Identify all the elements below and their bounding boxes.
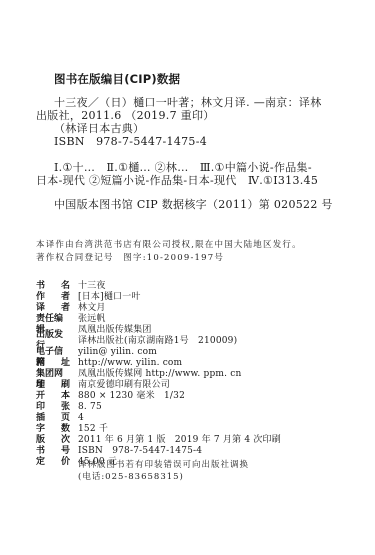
website-link: http://www. yilin. com bbox=[78, 358, 182, 369]
info-value: 8. 75 bbox=[78, 402, 102, 413]
info-row-word-count: 字数 152 千 bbox=[36, 424, 336, 435]
info-row-plates: 插页 4 bbox=[36, 413, 336, 424]
misprint-notice: 译林版图书若有印装错误可向出版社调换 bbox=[78, 458, 249, 470]
publisher-address: 译林出版社(南京湖南路1号 210009) bbox=[78, 336, 237, 347]
info-value: 张远帆 bbox=[78, 314, 106, 325]
info-value: 十三夜 bbox=[78, 281, 106, 292]
publisher-group: 凤凰出版传媒集团 bbox=[78, 325, 237, 336]
publication-info-table: 书名 十三夜 作者 [日本]樋口一叶 译者 林文月 责任编辑 张远帆 出版发行 … bbox=[36, 281, 336, 468]
info-value: 4 bbox=[78, 413, 84, 424]
cip-classification-line: Ⅰ.①十… Ⅱ.①樋… ②林… Ⅲ.①中篇小说-作品集- bbox=[54, 162, 312, 174]
info-row-isbn: 书号 ISBN 978-7-5447-1475-4 bbox=[36, 446, 336, 457]
info-row-title: 书名 十三夜 bbox=[36, 281, 336, 292]
info-row-author: 作者 [日本]樋口一叶 bbox=[36, 292, 336, 303]
group-website-link: 凤凰出版传媒网 http://www. ppm. cn bbox=[78, 369, 242, 380]
info-row-email: 电子信箱 yilin@ yilin. com bbox=[36, 347, 336, 358]
info-row-translator: 译者 林文月 bbox=[36, 303, 336, 314]
info-row-group-website: 集团网址 凤凰出版传媒网 http://www. ppm. cn bbox=[36, 369, 336, 380]
cip-number: 中国版本图书馆 CIP 数据核字（2011）第 020522 号 bbox=[54, 199, 333, 211]
cip-classification-line: 日本-现代 ②短篇小说-作品集-日本-现代 Ⅳ.①I313.45 bbox=[36, 175, 318, 187]
info-row-format: 开本 880 × 1230 毫米 1/32 bbox=[36, 391, 336, 402]
email-link: yilin@ yilin. com bbox=[78, 347, 157, 358]
info-label: 书名 bbox=[36, 281, 70, 292]
cip-entry-line: （林译日本古典） bbox=[54, 123, 144, 135]
cip-entry-line: 十三夜／（日）樋口一叶著；林文月译. —南京：译林 bbox=[54, 97, 322, 109]
info-value: [日本]樋口一叶 bbox=[78, 292, 141, 303]
info-label: 定价 bbox=[36, 457, 70, 468]
info-value: 2011 年 6 月第 1 版 2019 年 7 月第 4 次印刷 bbox=[78, 435, 281, 446]
info-label: 开本 bbox=[36, 391, 70, 402]
copyright-registration: 著作权合同登记号 图字:10-2009-197号 bbox=[36, 253, 224, 263]
info-label: 书号 bbox=[36, 446, 70, 457]
info-value: 林文月 bbox=[78, 303, 106, 314]
info-label: 译者 bbox=[36, 303, 70, 314]
misprint-phone: (电话:025-83658315) bbox=[78, 470, 184, 482]
info-value: 南京爱德印刷有限公司 bbox=[78, 380, 170, 391]
cip-heading: 图书在版编目(CIP)数据 bbox=[54, 71, 180, 87]
info-row-edition: 版次 2011 年 6 月第 1 版 2019 年 7 月第 4 次印刷 bbox=[36, 435, 336, 446]
info-row-sheets: 印张 8. 75 bbox=[36, 402, 336, 413]
info-label: 印刷 bbox=[36, 380, 70, 391]
info-row-website: 网址 http://www. yilin. com bbox=[36, 358, 336, 369]
cip-isbn-line: ISBN 978-7-5447-1475-4 bbox=[54, 136, 207, 148]
info-label: 网址 bbox=[36, 358, 70, 369]
info-label: 印张 bbox=[36, 402, 70, 413]
info-value: 凤凰出版传媒集团 译林出版社(南京湖南路1号 210009) bbox=[78, 325, 237, 347]
info-row-publisher: 出版发行 凤凰出版传媒集团 译林出版社(南京湖南路1号 210009) bbox=[36, 325, 336, 347]
info-row-editor: 责任编辑 张远帆 bbox=[36, 314, 336, 325]
info-row-printer: 印刷 南京爱德印刷有限公司 bbox=[36, 380, 336, 391]
info-value: ISBN 978-7-5447-1475-4 bbox=[78, 446, 202, 457]
info-label: 字数 bbox=[36, 424, 70, 435]
info-label: 版次 bbox=[36, 435, 70, 446]
info-label: 插页 bbox=[36, 413, 70, 424]
copyright-authorization: 本译作由台湾洪范书店有限公司授权,限在中国大陆地区发行。 bbox=[36, 240, 302, 250]
cip-entry-line: 出版社，2011.6 （2019.7 重印） bbox=[36, 110, 215, 122]
info-value: 880 × 1230 毫米 1/32 bbox=[78, 391, 185, 402]
info-label: 作者 bbox=[36, 292, 70, 303]
info-value: 152 千 bbox=[78, 424, 108, 435]
